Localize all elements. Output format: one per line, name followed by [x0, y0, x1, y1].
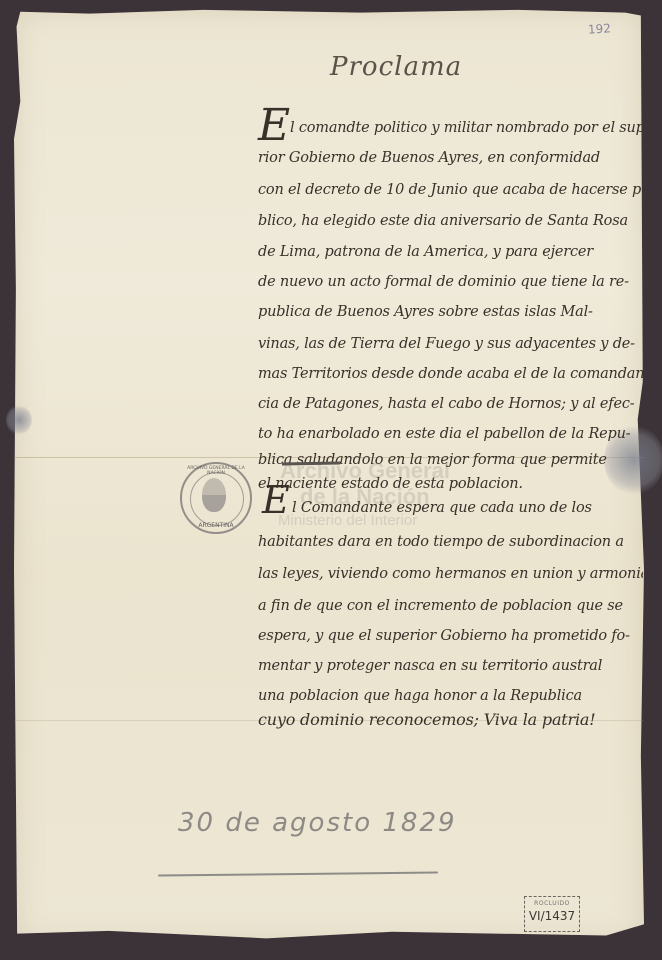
seal-bottom-text: ARGENTINA	[182, 522, 250, 529]
text-line: rior Gobierno de Buenos Ayres, en confor…	[258, 150, 643, 166]
text-line: mentar y proteger nasca en su territorio…	[258, 658, 643, 674]
drop-cap: E	[258, 100, 290, 151]
text-line: las leyes, viviendo como hermanos en uni…	[258, 566, 643, 582]
text-line: l Comandante espera que cada uno de los	[292, 500, 643, 516]
coat-of-arms-icon	[202, 478, 226, 512]
text-line: blico, ha elegido este dia aniversario d…	[258, 213, 643, 229]
seal-top-text: ARCHIVO GENERAL DE LA NACION	[182, 466, 250, 476]
text-line: una poblacion que haga honor a la Republ…	[258, 688, 643, 704]
drop-cap: E	[262, 478, 290, 522]
folio-number: 192	[588, 21, 612, 37]
pencil-date-annotation: 30 de agosto 1829	[178, 808, 457, 838]
archive-seal: ARCHIVO GENERAL DE LA NACION ARGENTINA	[180, 462, 252, 534]
water-stain	[6, 405, 32, 435]
text-line: con el decreto de 10 de Junio que acaba …	[258, 182, 643, 198]
text-line: habitantes dara en todo tiempo de subord…	[258, 534, 643, 550]
text-line: a fin de que con el incremento de poblac…	[258, 598, 643, 614]
text-line: mas Territorios desde donde acaba el de …	[258, 366, 643, 382]
text-line: de Lima, patrona de la America, y para e…	[258, 244, 643, 260]
archive-reference-stamp: ROCLUIDO VI/1437	[524, 896, 580, 932]
text-line: cuyo dominio reconocemos; Viva la patria…	[258, 710, 643, 729]
text-line: l comandte politico y militar nombrado p…	[290, 120, 643, 136]
document-title: Proclama	[330, 52, 462, 82]
archive-label: ROCLUIDO	[525, 900, 579, 907]
text-line: el naciente estado de esta poblacion.	[258, 476, 643, 492]
text-line: to ha enarbolado en este dia el pabellon…	[258, 426, 643, 442]
text-line: publica de Buenos Ayres sobre estas isla…	[258, 304, 643, 320]
archive-number: VI/1437	[525, 909, 579, 923]
text-line: espera, y que el superior Gobierno ha pr…	[258, 628, 643, 644]
text-line: blica saludandolo en la mejor forma que …	[258, 452, 643, 468]
text-line: vinas, las de Tierra del Fuego y sus ady…	[258, 336, 643, 352]
text-line: cia de Patagones, hasta el cabo de Horno…	[258, 396, 643, 412]
text-line: de nuevo un acto formal de dominio que t…	[258, 274, 643, 290]
